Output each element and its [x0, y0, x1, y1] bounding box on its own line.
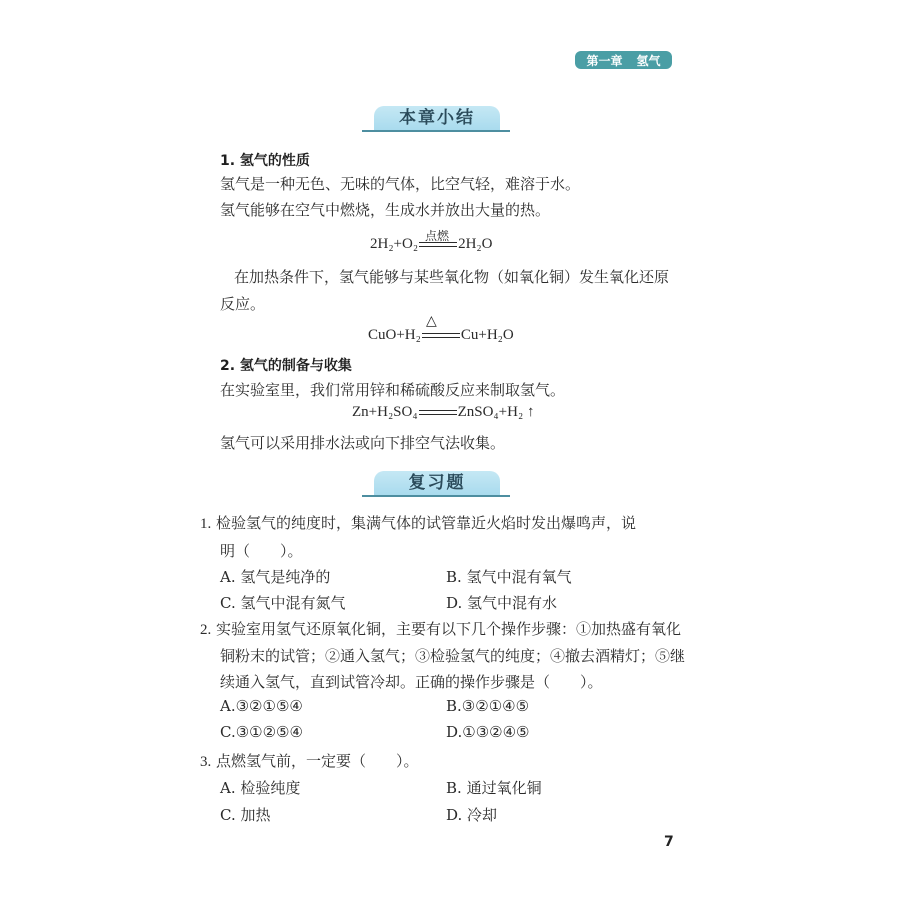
summary-banner-underline [362, 130, 510, 132]
equation3-right: ZnSO₄+H₂ [458, 404, 524, 420]
question-text-cont: 续通入氢气，直到试管冷却。正确的操作步骤是（ ）。 [220, 671, 603, 692]
chapter-label: 第一章 [586, 52, 622, 69]
question-text-cont: 明（ ）。 [220, 540, 303, 561]
chapter-tag: 第一章 氢气 [575, 51, 672, 69]
section2-heading: 2. 氢气的制备与收集 [220, 355, 352, 375]
equation2-left: CuO+H₂ [368, 327, 421, 343]
option-d: D. 冷却 [446, 804, 497, 825]
section2-line: 在实验室里，我们常用锌和稀硫酸反应来制取氢气。 [220, 379, 565, 400]
section1-line: 氢气能够在空气中燃烧，生成水并放出大量的热。 [220, 199, 550, 220]
equation3-left: Zn+H₂SO₄ [352, 404, 418, 420]
section2-line: 氢气可以采用排水法或向下排空气法收集。 [220, 432, 505, 453]
equation2-right: Cu+H₂O [461, 327, 514, 343]
question-number: 2. [200, 622, 211, 638]
question-1: 1. 检验氢气的纯度时，集满气体的试管靠近火焰时发出爆鸣声，说 [200, 512, 636, 533]
question-text-cont: 铜粉末的试管；②通入氢气；③检验氢气的纯度；④撤去酒精灯；⑤继 [220, 645, 685, 666]
question-2: 2. 实验室用氢气还原氧化铜，主要有以下几个操作步骤：①加热盛有氧化 [200, 618, 681, 639]
question-text: 实验室用氢气还原氧化铜，主要有以下几个操作步骤：①加热盛有氧化 [216, 620, 681, 638]
option-b: B.③②①④⑤ [446, 697, 529, 715]
review-banner-underline [362, 495, 510, 497]
section1-paragraph: 反应。 [220, 293, 265, 314]
equation-reduction: CuO+H₂Cu+H₂O [368, 327, 514, 344]
question-text: 检验氢气的纯度时，集满气体的试管靠近火焰时发出爆鸣声，说 [216, 514, 636, 532]
question-text: 点燃氢气前，一定要（ ）。 [216, 752, 419, 770]
question-number: 3. [200, 754, 211, 770]
option-d: D.①③②④⑤ [446, 723, 530, 741]
option-a: A. 检验纯度 [220, 777, 300, 798]
question-number: 1. [200, 516, 211, 532]
summary-banner: 本章小结 [374, 106, 500, 130]
option-c: C.③①②⑤④ [220, 723, 303, 741]
equals-sign-icon [419, 241, 457, 249]
textbook-page: 第一章 氢气 本章小结 1. 氢气的性质 氢气是一种无色、无味的气体，比空气轻，… [0, 0, 900, 900]
section1-line: 氢气是一种无色、无味的气体，比空气轻，难溶于水。 [220, 173, 580, 194]
equation-preparation: Zn+H₂SO₄ZnSO₄+H₂ ↑ [352, 404, 534, 421]
option-b: B. 通过氧化铜 [446, 777, 542, 798]
option-c: C. 加热 [220, 804, 271, 825]
equation1-right: 2H₂O [458, 236, 492, 252]
section1-heading: 1. 氢气的性质 [220, 150, 310, 170]
gas-arrow-icon: ↑ [527, 404, 535, 420]
option-a: A. 氢气是纯净的 [220, 566, 330, 587]
equation-combustion: 2H₂+O₂2H₂O [370, 236, 493, 253]
chapter-title: 氢气 [637, 52, 661, 69]
equation1-left: 2H₂+O₂ [370, 236, 418, 252]
review-banner: 复习题 [374, 471, 500, 495]
option-b: B. 氢气中混有氧气 [446, 566, 572, 587]
option-c: C. 氢气中混有氮气 [220, 592, 346, 613]
option-d: D. 氢气中混有水 [446, 592, 557, 613]
option-a: A.③②①⑤④ [220, 697, 303, 715]
page-number: 7 [664, 834, 674, 850]
section1-paragraph: 在加热条件下，氢气能够与某些氧化物（如氧化铜）发生氧化还原 [234, 266, 669, 287]
equals-sign-icon [419, 409, 457, 417]
question-3: 3. 点燃氢气前，一定要（ ）。 [200, 750, 419, 771]
equals-sign-icon [422, 332, 460, 340]
